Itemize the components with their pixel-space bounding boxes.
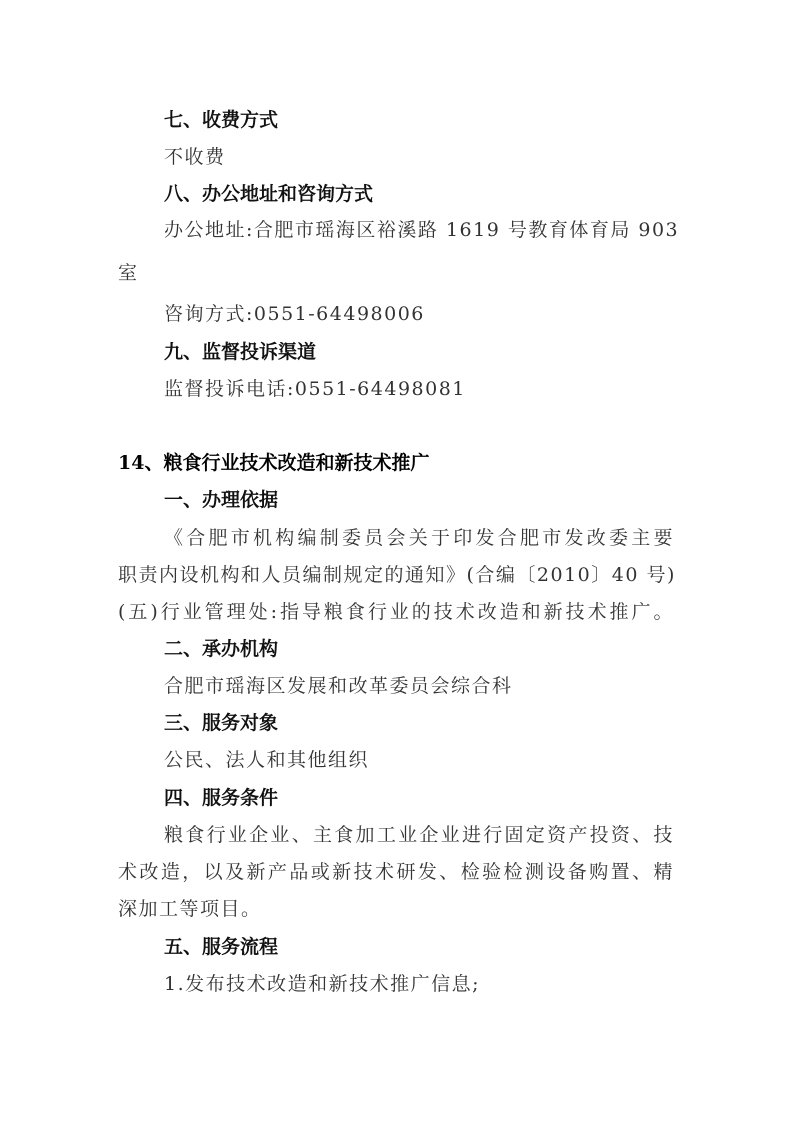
- basis-line2: 职责内设机构和人员编制规定的通知》(合编〔2010〕40 号): [118, 563, 674, 587]
- heading-basis: 一、办理依据: [164, 488, 278, 512]
- section-title: 14、粮食行业技术改造和新技术推广: [118, 451, 429, 475]
- heading-address-contact: 八、办公地址和咨询方式: [164, 182, 373, 206]
- agency-text: 合肥市瑶海区发展和改革委员会综合科: [164, 674, 513, 698]
- heading-fee-method: 七、收费方式: [164, 108, 278, 132]
- address-text-line2: 室: [118, 261, 139, 285]
- address-text-line1: 办公地址:合肥市瑶海区裕溪路 1619 号教育体育局 903: [164, 218, 674, 242]
- heading-service-process: 五、服务流程: [164, 935, 278, 959]
- complaint-phone: 监督投诉电话:0551-64498081: [164, 377, 466, 401]
- heading-service-target: 三、服务对象: [164, 711, 278, 735]
- heading-agency: 二、承办机构: [164, 637, 278, 661]
- process-step-1: 1.发布技术改造和新技术推广信息;: [164, 972, 480, 996]
- heading-service-conditions: 四、服务条件: [164, 786, 278, 810]
- conditions-line1: 粮食行业企业、主食加工业企业进行固定资产投资、技: [164, 823, 674, 847]
- conditions-line2: 术改造，以及新产品或新技术研发、检验检测设备购置、精: [118, 860, 674, 884]
- fee-text: 不收费: [164, 145, 226, 169]
- basis-line1: 《合肥市机构编制委员会关于印发合肥市发改委主要: [164, 526, 674, 550]
- consult-phone: 咨询方式:0551-64498006: [164, 302, 425, 326]
- heading-complaint-channel: 九、监督投诉渠道: [164, 340, 316, 364]
- basis-line3: (五)行业管理处:指导粮食行业的技术改造和新技术推广。: [118, 600, 674, 624]
- conditions-line3: 深加工等项目。: [118, 897, 262, 921]
- service-target-text: 公民、法人和其他组织: [164, 748, 369, 772]
